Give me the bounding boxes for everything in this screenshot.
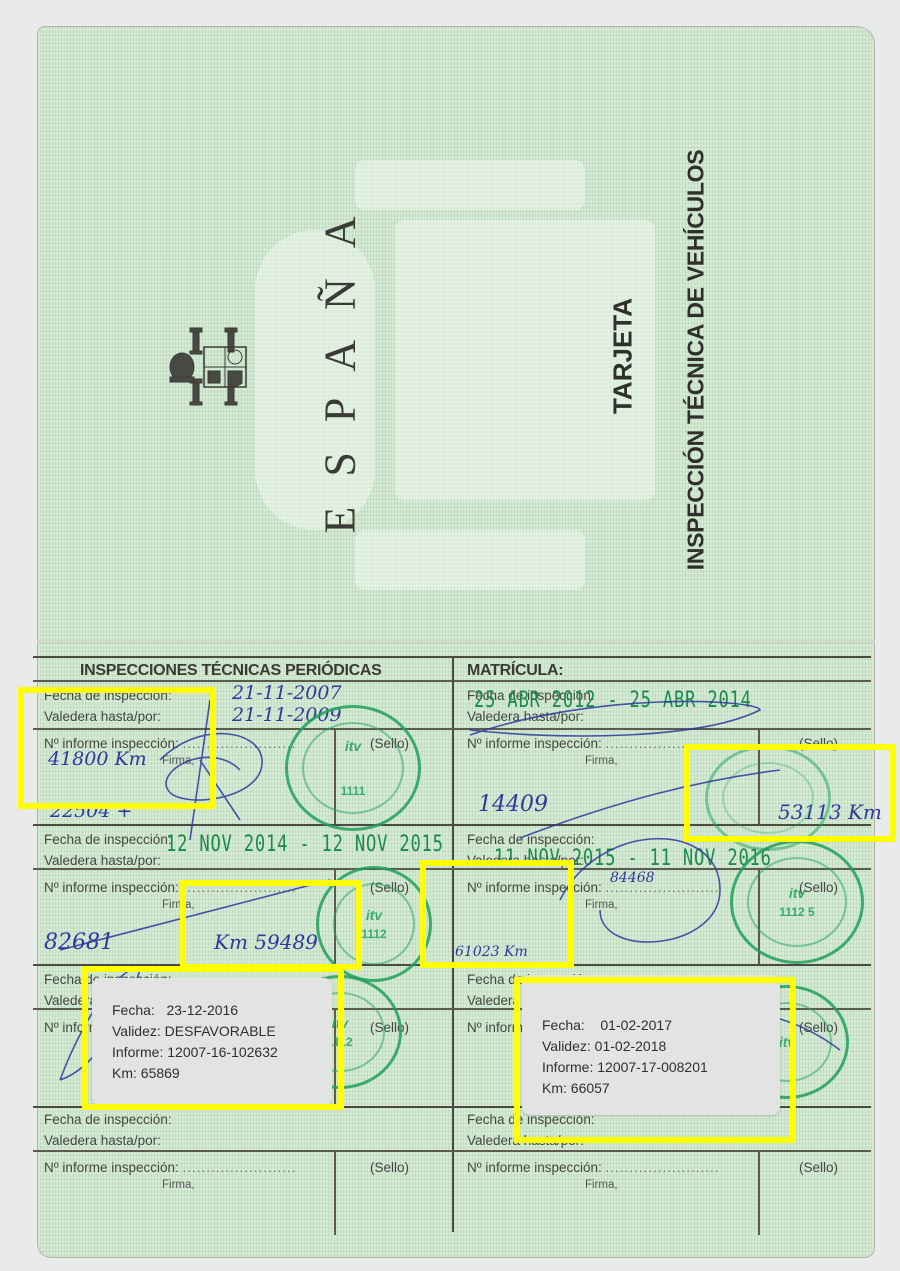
- highlight-box: [18, 687, 216, 809]
- highlight-box: [180, 880, 362, 970]
- highlight-box: [514, 977, 796, 1143]
- highlight-box: [684, 744, 896, 842]
- highlight-box: [420, 860, 574, 968]
- highlight-box: [82, 966, 344, 1110]
